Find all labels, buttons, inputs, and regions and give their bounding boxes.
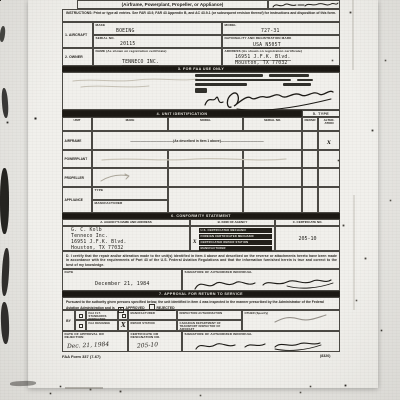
agency-line-2: Tenneco Inc.	[71, 234, 108, 239]
approval-signature	[193, 339, 323, 352]
kind-of-agency-cell: U.S. CERTIFICATED MECHANIC FOREIGN CERTI…	[190, 226, 275, 251]
kind-of-agency-header: B. KIND OF AGENCY	[190, 219, 275, 226]
powerplant-alteration-cell	[318, 150, 340, 168]
scan-smudge-1	[0, 26, 6, 42]
col-header-model: MODEL	[168, 117, 243, 131]
other-specify-scribble	[273, 313, 328, 325]
row-appliance-label-cell: APPLIANCE	[62, 187, 92, 213]
pencil-note-lines	[71, 77, 201, 91]
owner-row-label: 2. OWNER	[63, 55, 83, 59]
kind-us-mechanic: U.S. CERTIFICATED MECHANIC	[199, 228, 272, 233]
manufacturer-checkbox-cell	[118, 310, 128, 320]
kind-repair-station: CERTIFICATED REPAIR STATION	[199, 240, 272, 245]
aircraft-row-label-cell: 1. AIRCRAFT	[62, 22, 93, 48]
col-header-model-text: MODEL	[200, 119, 211, 122]
col-header-unit: UNIT	[62, 117, 92, 131]
col-header-serial: SERIAL NO.	[243, 117, 302, 131]
approval-statement-cell: Pursuant to the authority given persons …	[62, 297, 340, 310]
type-header: 5. TYPE	[302, 110, 340, 117]
approval-date-label: DATE OF APPROVAL OR REJECTION	[65, 333, 120, 340]
aircraft-registration-cell: NATIONALITY AND REGISTRATION MARK USA N5…	[222, 35, 340, 48]
inspection-auth-label: INSPECTION AUTHORIZATION	[180, 312, 223, 315]
col-header-make-text: MAKE	[126, 119, 135, 122]
col-header-alteration-text: ALTER- ATION	[322, 119, 336, 126]
repair-station-label: REPAIR STATION	[131, 322, 155, 325]
form-title: (Airframe, Powerplant, Propeller, or App…	[122, 2, 224, 7]
owner-address-label: ADDRESS (As shown on registration certif…	[225, 50, 303, 54]
col-header-make: MAKE	[92, 117, 168, 131]
faa-flt-checkbox-cell	[75, 310, 86, 320]
airframe-alteration-cell: X	[318, 131, 340, 150]
instructions-box: INSTRUCTIONS: Print or type all entries.…	[62, 9, 340, 22]
propeller-repair-cell	[302, 168, 318, 187]
appliance-type-cell: TYPE	[92, 187, 168, 200]
approval-signature-label: SIGNATURE OF AUTHORIZED INDIVIDUAL	[185, 333, 253, 337]
airframe-alteration-x-mark: X	[327, 141, 331, 146]
row-propeller-label-cell: PROPELLER	[62, 168, 92, 187]
certificate-no-value: 205-10	[298, 236, 316, 242]
col-header-repair-text: REPAIR	[304, 119, 315, 122]
repair-station-x-mark: X	[121, 323, 126, 329]
type-header-text: 5. TYPE	[313, 112, 329, 116]
col-header-alteration: ALTER- ATION	[318, 117, 340, 131]
kind-of-agency-header-text: B. KIND OF AGENCY	[218, 221, 248, 224]
unit-identification-header-text: 4. UNIT IDENTIFICATION	[157, 112, 208, 116]
repair-station-checkbox-cell: X	[118, 320, 128, 331]
owner-name-cell: NAME (As shown on registration certifica…	[93, 48, 222, 66]
manufacturer-label-cell: MANUFACTURER	[128, 310, 177, 320]
manufacturer-label: MANUFACTURER	[131, 312, 156, 315]
conformity-header-text: 6. CONFORMITY STATEMENT	[171, 214, 231, 218]
aircraft-make-cell: MAKE BOEING	[93, 22, 222, 35]
row-powerplant-label: POWERPLANT	[63, 157, 87, 161]
conformity-signature-label: SIGNATURE OF AUTHORIZED INDIVIDUAL	[185, 271, 253, 275]
propeller-model-cell	[168, 168, 243, 187]
faa-designee-checkbox-cell	[75, 320, 86, 331]
row-propeller-label: PROPELLER	[63, 176, 84, 180]
certify-statement-text: D. I certify that the repair and/or alte…	[66, 254, 337, 268]
approval-certificate-value: 205-10	[137, 342, 158, 349]
handwritten-code-box	[268, 0, 340, 9]
canadian-dept-cell: CANADIAN DEPARTMENT OF TRANSPORT INSPECT…	[177, 320, 242, 331]
approval-header-text: 7. APPROVAL FOR RETURN TO SERVICE	[159, 292, 243, 296]
approval-certificate-cell: CERTIFICATE OR DESIGNATION NO. 205-10	[128, 331, 182, 352]
aircraft-registration-label: NATIONALITY AND REGISTRATION MARK	[225, 37, 292, 41]
other-specify-cell: OTHER (Specify)	[242, 310, 340, 331]
aircraft-row-label: 1. AIRCRAFT	[63, 33, 87, 37]
scan-smudge-3	[0, 168, 9, 234]
conformity-date-value: December 21, 1984	[95, 282, 150, 288]
kind-repair-station-text: CERTIFICATED REPAIR STATION	[201, 241, 249, 244]
airframe-note-text: —————————————(As described in Item 1 abo…	[130, 139, 263, 143]
certify-statement-cell: D. I certify that the repair and/or alte…	[62, 251, 340, 269]
col-header-unit-text: UNIT	[74, 119, 81, 122]
scanned-faa-form-337-page: { "form": { "title_line": "(Airframe, Po…	[0, 0, 400, 400]
faa-use-only-header-text: 3. FOR FAA USE ONLY	[178, 67, 224, 71]
faa-inspector-signature	[201, 85, 336, 111]
owner-name-label: NAME (As shown on registration certifica…	[96, 50, 167, 54]
owner-row-label-cell: 2. OWNER	[62, 48, 93, 66]
propeller-serial-cell	[243, 168, 302, 187]
certificate-no-header-text: C. CERTIFICATE NO.	[293, 221, 323, 224]
other-specify-label: OTHER (Specify)	[245, 312, 269, 315]
kind-manufacturer: MANUFACTURER	[199, 246, 272, 251]
col-header-serial-text: SERIAL NO.	[264, 119, 281, 122]
form-number: FAA Form 337 (7-67)	[62, 354, 101, 359]
canadian-dept-label: CANADIAN DEPARTMENT OF TRANSPORT INSPECT…	[180, 322, 235, 331]
airframe-note-cell: —————————————(As described in Item 1 abo…	[92, 131, 302, 150]
scan-specks	[0, 0, 1, 1]
propeller-pencil-mark	[99, 173, 139, 183]
paper-fold-line-2	[353, 195, 355, 310]
approval-certificate-label: CERTIFICATE OR DESIGNATION NO.	[131, 333, 176, 340]
appliance-alteration-cell	[318, 187, 340, 213]
conformity-date-cell: DATE December 21, 1984	[62, 269, 182, 291]
scan-smudge-5	[0, 302, 9, 344]
appliance-serial-cell	[243, 187, 302, 213]
aircraft-make-label: MAKE	[96, 24, 106, 28]
agency-name-header: A. AGENCY'S NAME AND ADDRESS	[62, 219, 190, 226]
row-powerplant-label-cell: POWERPLANT	[62, 150, 92, 168]
agency-line-1: G. C. Kolb	[71, 228, 102, 233]
aircraft-model-label: MODEL	[225, 24, 237, 28]
powerplant-repair-cell	[302, 150, 318, 168]
aircraft-model-cell: MODEL 727-31	[222, 22, 340, 35]
unit-identification-header: 4. UNIT IDENTIFICATION	[62, 110, 302, 117]
scan-smudge-2	[1, 88, 9, 118]
faa-designee-label-cell: FAA DESIGNEE	[86, 320, 118, 331]
col-header-repair: REPAIR	[302, 117, 318, 131]
certificate-no-header: C. CERTIFICATE NO.	[275, 219, 340, 226]
conformity-date-label: DATE	[65, 271, 74, 275]
repair-station-label-cell: REPAIR STATION	[128, 320, 177, 331]
certificate-no-cell: 205-10	[275, 226, 340, 251]
aircraft-serial-label: SERIAL NO.	[96, 37, 115, 41]
scan-streak-bottom	[65, 387, 103, 389]
inspection-auth-cell: INSPECTION AUTHORIZATION	[177, 310, 242, 320]
by-cell: BY	[62, 310, 75, 331]
kind-repair-station-x-mark: X	[193, 241, 196, 245]
row-airframe-label-cell: AIRFRAME	[62, 131, 92, 150]
form-code: (8320)	[320, 354, 330, 358]
by-label: BY	[66, 319, 71, 323]
approval-statement-text: Pursuant to the authority given persons …	[66, 300, 324, 311]
airframe-repair-cell	[302, 131, 318, 150]
agency-name-header-text: A. AGENCY'S NAME AND ADDRESS	[100, 221, 152, 224]
instructions-text: INSTRUCTIONS: Print or type all entries.…	[66, 11, 336, 16]
owner-address-cell: ADDRESS (As shown on registration certif…	[222, 48, 340, 66]
row-airframe-label: AIRFRAME	[63, 139, 81, 143]
kind-manufacturer-text: MANUFACTURER	[201, 247, 226, 250]
paper-fold-line-1	[352, 0, 354, 70]
propeller-alteration-cell	[318, 168, 340, 187]
row-appliance-label: APPLIANCE	[63, 198, 83, 202]
conformity-signature-cell: SIGNATURE OF AUTHORIZED INDIVIDUAL	[182, 269, 340, 291]
powerplant-pencil-ghost-line	[100, 156, 290, 164]
kind-foreign-mechanic: FOREIGN CERTIFICATED MECHANIC	[199, 234, 272, 239]
faa-use-only-area	[62, 72, 340, 110]
appliance-repair-cell	[302, 187, 318, 213]
agency-line-3: 16951 J.F.K. Blvd.	[71, 240, 127, 245]
conformity-signature	[191, 276, 336, 292]
approval-date-value: Dec. 21, 1984	[67, 342, 110, 350]
faa-flt-label-cell: FAA FLT. STANDARDS INSPECTOR	[86, 310, 118, 320]
approval-date-cell: DATE OF APPROVAL OR REJECTION Dec. 21, 1…	[62, 331, 128, 352]
kind-foreign-mechanic-text: FOREIGN CERTIFICATED MECHANIC	[201, 235, 255, 238]
agency-name-cell: G. C. Kolb Tenneco Inc. 16951 J.F.K. Blv…	[62, 226, 190, 251]
appliance-model-cell	[168, 187, 243, 213]
aircraft-serial-cell: SERIAL NO. 20115	[93, 35, 222, 48]
scan-smudge-4	[1, 248, 11, 296]
appliance-manufacturer-label: MANUFACTURER	[95, 202, 123, 206]
appliance-type-label: TYPE	[95, 189, 104, 193]
approval-signature-cell: SIGNATURE OF AUTHORIZED INDIVIDUAL	[182, 331, 340, 352]
faa-designee-label: FAA DESIGNEE	[89, 322, 111, 325]
form-title-box: (Airframe, Powerplant, Propeller, or App…	[77, 0, 268, 9]
propeller-make-cell	[92, 168, 168, 187]
kind-us-mechanic-text: U.S. CERTIFICATED MECHANIC	[201, 229, 247, 232]
appliance-manufacturer-cell: MANUFACTURER	[92, 200, 168, 213]
